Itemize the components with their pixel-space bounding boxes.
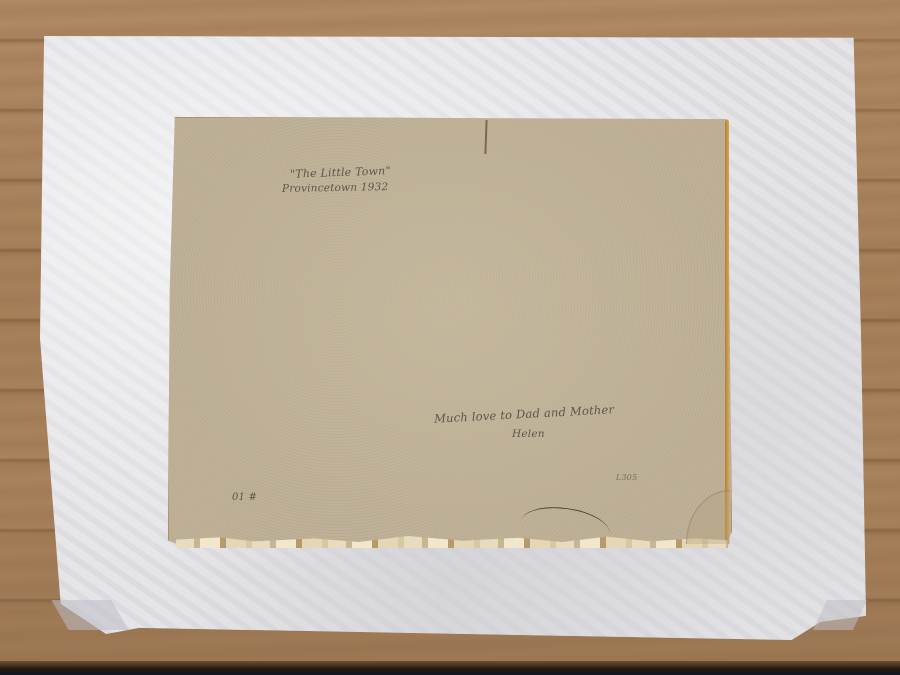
inscription-place-date: Provincetown 1932 — [282, 181, 389, 195]
board-right-edge — [725, 120, 729, 545]
inventory-number: L305 — [616, 473, 637, 482]
lower-left-mark: 01 # — [232, 492, 257, 503]
artwork-board-back — [168, 117, 732, 549]
inscription-signature: Helen — [512, 428, 545, 440]
table-edge-shadow — [0, 661, 900, 675]
